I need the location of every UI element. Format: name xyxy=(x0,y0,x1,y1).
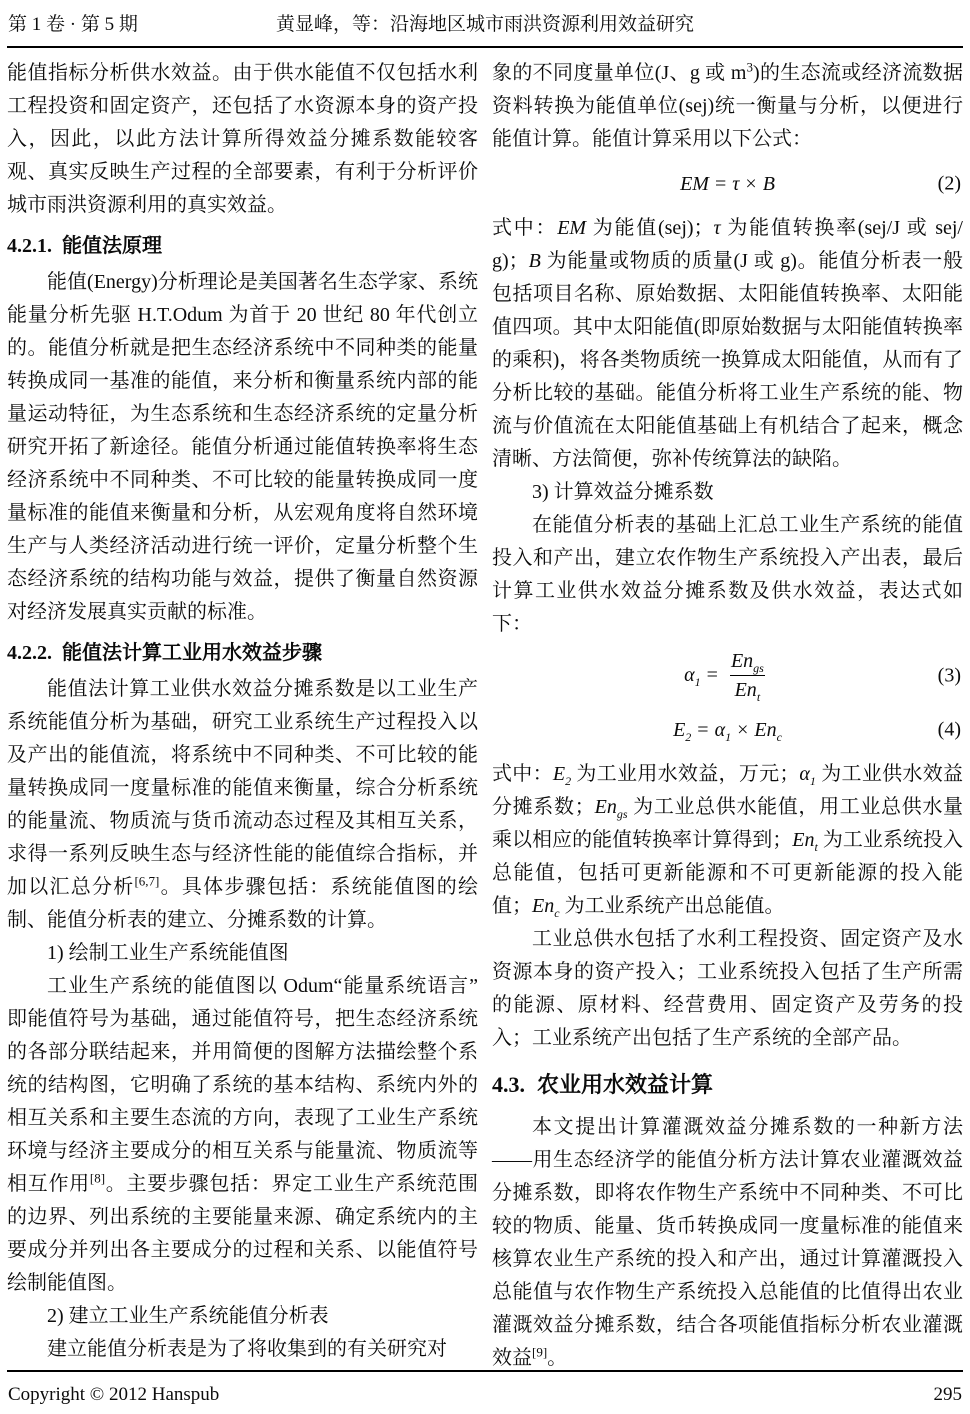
citation-ref-6-7: [6,7] xyxy=(134,873,159,888)
text-run: 为能量或物质的质量(J 或 g)。能值分析表一般包括项目名称、原始数据、太阳能值… xyxy=(492,250,963,470)
paragraph-agricultural-method: 本文提出计算灌溉效益分摊系数的一种新方法——用生态经济学的能值分析方法计算农业灌… xyxy=(492,1111,963,1375)
times-sign: × xyxy=(745,173,756,196)
paragraph-industrial-steps: 能值法计算工业供水效益分摊系数是以工业生产系统能值分析为基础，研究工业系统生产过… xyxy=(7,673,478,937)
var-alpha1: α1 xyxy=(715,719,732,742)
heading-4-2-2: 4.2.2.能值法计算工业用水效益步骤 xyxy=(7,638,478,668)
paragraph-formula2-legend: 式中：EM 为能值(sej)；τ 为能值转换率(sej/J 或 sej/g)；B… xyxy=(492,212,963,476)
running-title: 黄显峰，等：沿海地区城市雨洪资源利用效益研究 xyxy=(276,9,694,36)
paragraph-formula34-legend: 式中：E2 为工业用水效益，万元；α1 为工业供水效益分摊系数；Engs 为工业… xyxy=(492,758,963,923)
page-header: 第 1 卷 · 第 5 期 黄显峰，等：沿海地区城市雨洪资源利用效益研究 xyxy=(7,5,963,45)
var-tau: τ xyxy=(732,173,739,196)
text-run: 。 xyxy=(547,1347,567,1369)
subscript: 2 xyxy=(685,730,691,744)
paragraph-emergy-diagram: 工业生产系统的能值图以 Odum“能量系统语言”即能值符号为基础，通过能值符号，… xyxy=(7,970,478,1300)
citation-ref-8: [8] xyxy=(90,1170,105,1185)
var-En-t: Ent xyxy=(792,829,818,851)
equation-number-3: (3) xyxy=(938,664,961,687)
equation-number-4: (4) xyxy=(938,719,961,742)
list-item-3: 3) 计算效益分摊系数 xyxy=(492,476,963,509)
formula-2: EM = τ × B (2) xyxy=(492,164,963,204)
citation-ref-9: [9] xyxy=(532,1344,547,1359)
heading-text: 农业用水效益计算 xyxy=(537,1072,713,1097)
text-run: 为工业系统产出总能值。 xyxy=(560,895,785,917)
heading-4-2-1: 4.2.1.能值法原理 xyxy=(7,231,478,261)
two-column-body: 能值指标分析供水效益。由于供水能值不仅包括水利工程投资和固定资产，还包括了水资源… xyxy=(7,45,963,1375)
var-tau: τ xyxy=(714,217,721,239)
subscript: 1 xyxy=(695,675,701,689)
var-E2: E2 xyxy=(673,719,691,742)
paper-page: 第 1 卷 · 第 5 期 黄显峰，等：沿海地区城市雨洪资源利用效益研究 能值指… xyxy=(0,0,970,1414)
subscript: c xyxy=(777,730,782,744)
var-En-gs: Engs xyxy=(595,796,628,818)
equation-number-2: (2) xyxy=(938,173,961,196)
subscript: gs xyxy=(753,661,764,675)
paragraph-unit-conversion: 象的不同度量单位(J、g 或 m3)的生态流或经济流数据资料转换为能值单位(se… xyxy=(492,57,963,156)
header-rule xyxy=(7,46,963,48)
heading-number: 4.2.2. xyxy=(7,642,52,664)
heading-text: 能值法计算工业用水效益步骤 xyxy=(62,642,322,664)
var-E2: E2 xyxy=(553,763,571,785)
paragraph-industrial-supply: 工业总供水包括了水利工程投资、固定资产及水资源本身的资产投入；工业系统投入包括了… xyxy=(492,923,963,1055)
paragraph-emergy-theory: 能值(Energy)分析理论是美国著名生态学家、系统能量分析先驱 H.T.Odu… xyxy=(7,266,478,629)
subscript: gs xyxy=(617,807,628,821)
subscript: 1 xyxy=(725,730,731,744)
page-number: 295 xyxy=(934,1384,963,1406)
equals-sign: = xyxy=(707,664,718,687)
text-run: 式中： xyxy=(492,217,557,239)
list-item-2: 2) 建立工业生产系统能值分析表 xyxy=(7,1300,478,1333)
formula-3: α1 = Engs Ent (3) xyxy=(492,649,963,702)
formula-4: E2 = α1 × Enc (4) xyxy=(492,710,963,750)
heading-text: 能值法原理 xyxy=(62,235,162,257)
fraction: Engs Ent xyxy=(726,649,769,702)
text-run: 能值法计算工业供水效益分摊系数是以工业生产系统能值分析为基础，研究工业系统生产过… xyxy=(7,678,478,898)
var-alpha1: α1 xyxy=(799,763,816,785)
copyright-notice: Copyright © 2012 Hanspub xyxy=(8,1384,219,1406)
paragraph-supply-benefit: 能值指标分析供水效益。由于供水能值不仅包括水利工程投资和固定资产，还包括了水资源… xyxy=(7,57,478,222)
equals-sign: = xyxy=(697,719,708,742)
paragraph-analysis-table-intro: 建立能值分析表是为了将收集到的有关研究对 xyxy=(7,1333,478,1366)
text-run: 式中： xyxy=(492,763,553,785)
var-En-c: Enc xyxy=(754,719,782,742)
var-EM: EM xyxy=(557,217,586,239)
text-run: 为工业用水效益，万元； xyxy=(571,763,799,785)
var-En-gs: Engs xyxy=(726,649,769,675)
heading-number: 4.2.1. xyxy=(7,235,52,257)
left-column: 能值指标分析供水效益。由于供水能值不仅包括水利工程投资和固定资产，还包括了水资源… xyxy=(7,57,478,1375)
text-run: 本文提出计算灌溉效益分摊系数的一种新方法——用生态经济学的能值分析方法计算农业灌… xyxy=(492,1116,963,1369)
equals-sign: = xyxy=(715,173,726,196)
list-item-1: 1) 绘制工业生产系统能值图 xyxy=(7,937,478,970)
var-EM: EM xyxy=(680,173,709,196)
var-B: B xyxy=(763,173,775,196)
text-run: 为能值(sej)； xyxy=(586,217,713,239)
journal-issue: 第 1 卷 · 第 5 期 xyxy=(8,9,138,36)
var-En-t: Ent xyxy=(730,675,766,702)
paragraph-coefficient-calc: 在能值分析表的基础上汇总工业生产系统的能值投入和产出，建立农作物生产系统投入产出… xyxy=(492,509,963,641)
text-run: 工业生产系统的能值图以 Odum“能量系统语言”即能值符号为基础，通过能值符号，… xyxy=(7,975,478,1195)
heading-number: 4.3. xyxy=(492,1072,525,1097)
times-sign: × xyxy=(737,719,748,742)
text-run: 象的不同度量单位(J、g 或 m xyxy=(492,62,746,84)
right-column: 象的不同度量单位(J、g 或 m3)的生态流或经济流数据资料转换为能值单位(se… xyxy=(492,57,963,1375)
var-B: B xyxy=(529,250,541,272)
page-footer: Copyright © 2012 Hanspub 295 xyxy=(7,1370,963,1408)
heading-4-3: 4.3.农业用水效益计算 xyxy=(492,1069,963,1101)
subscript: t xyxy=(757,690,760,704)
var-alpha1: α1 xyxy=(684,664,701,687)
var-En-c: Enc xyxy=(532,895,560,917)
